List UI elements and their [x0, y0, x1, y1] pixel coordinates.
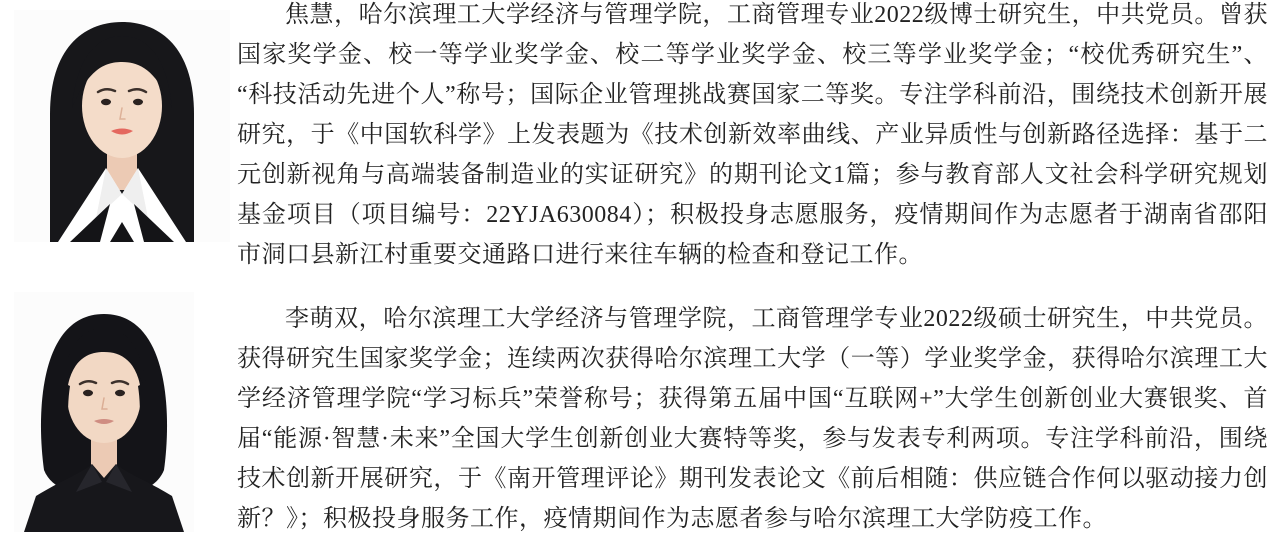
portrait-illustration-2	[14, 292, 194, 532]
portrait-photo-limengshuang	[14, 292, 194, 532]
bio-document-page: 焦慧，哈尔滨理工大学经济与管理学院，工商管理专业2022级博士研究生，中共党员。…	[0, 0, 1274, 544]
bio-paragraph-jiaohui: 焦慧，哈尔滨理工大学经济与管理学院，工商管理专业2022级博士研究生，中共党员。…	[237, 0, 1268, 275]
portrait-illustration-1	[14, 10, 230, 242]
bio-text-column: 焦慧，哈尔滨理工大学经济与管理学院，工商管理专业2022级博士研究生，中共党员。…	[237, 0, 1268, 539]
bio-paragraph-limengshuang: 李萌双，哈尔滨理工大学经济与管理学院，工商管理学专业2022级硕士研究生，中共党…	[237, 299, 1268, 539]
portrait-photo-jiaohui	[14, 10, 230, 242]
